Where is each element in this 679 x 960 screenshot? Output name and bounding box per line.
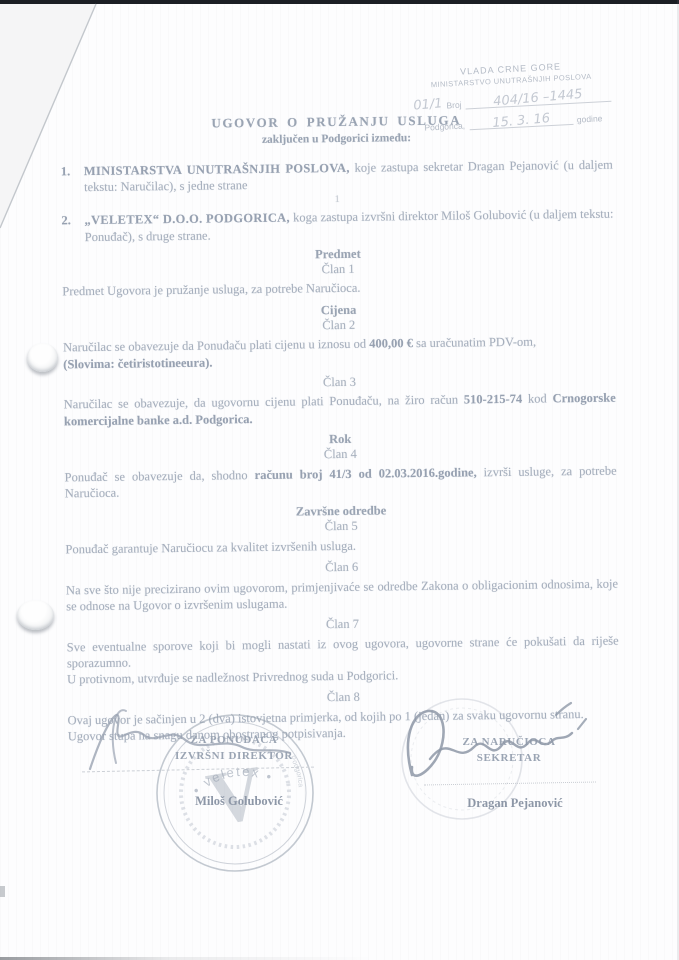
client-signature-scribble-icon: [396, 699, 596, 795]
invoice-reference: računu broj 41/3 od 02.03.2016.godine,: [255, 465, 477, 482]
clan-6-paragraph: Na sve što nije precizirano ovim ugovoro…: [66, 575, 618, 614]
scanned-contract-page: { "stamp_header": { "line1": "VLADA CRNE…: [0, 0, 679, 960]
contractor-signature-scribble-icon: [76, 697, 312, 783]
clan-3-text: Naručilac se obavezuje, da ugovornu cije…: [64, 393, 459, 412]
clan-2-text: sa uračunatim PDV-om,: [416, 335, 536, 350]
contract-parties: 1. MINISTARSTVA UNUTRAŠNJIH POSLOVA, koj…: [61, 156, 614, 245]
party-name: „VELETEX“ D.O.O. PODGORICA,: [84, 211, 290, 228]
contract-body: UGOVOR O PRUŽANJU USLUGA zaključen u Pod…: [60, 99, 620, 751]
party-number: 2.: [61, 213, 75, 246]
clan-2-text: Naručilac se obavezuje da Ponuđaču plati…: [63, 337, 366, 355]
bank-account-number: 510-215-74: [464, 392, 522, 407]
party-item: 1. MINISTARSTVA UNUTRAŠNJIH POSLOVA, koj…: [61, 156, 613, 195]
clan-7-paragraph: Sve eventualne sporove koji bi mogli nas…: [67, 632, 620, 687]
party-item: 2. „VELETEX“ D.O.O. PODGORICA, koga zast…: [61, 206, 613, 245]
clan-3-text: kod: [528, 392, 547, 406]
clan-2-paragraph: Naručilac se obavezuje da Ponuđaču plati…: [63, 333, 615, 372]
clan-4-text: Ponuđač se obavezuje da, shodno: [65, 468, 248, 484]
clan-5-paragraph: Ponuđač garantuje Naručiocu za kvalitet …: [65, 534, 617, 557]
contractor-signer-name: Miloš Golubović: [163, 794, 315, 809]
clan-4-paragraph: Ponuđač se obavezuje da, shodno računu b…: [65, 462, 617, 501]
client-signer-name: Dragan Pejanović: [435, 796, 595, 811]
hole-punch-mark: [27, 343, 58, 372]
signature-block: V • veletex • Podgorica ZA PONUĐAČA IZVR…: [0, 695, 679, 905]
party-name: MINISTARSTVA UNUTRAŠNJIH POSLOVA,: [84, 161, 350, 178]
hole-punch-mark: [17, 600, 54, 630]
clan-3-paragraph: Naručilac se obavezuje, da ugovornu cije…: [64, 390, 616, 429]
contract-amount: 400,00 €: [369, 336, 413, 351]
party-number: 1.: [61, 163, 75, 196]
clan-1-paragraph: Predmet Ugovora je pružanje usluga, za p…: [62, 277, 614, 300]
